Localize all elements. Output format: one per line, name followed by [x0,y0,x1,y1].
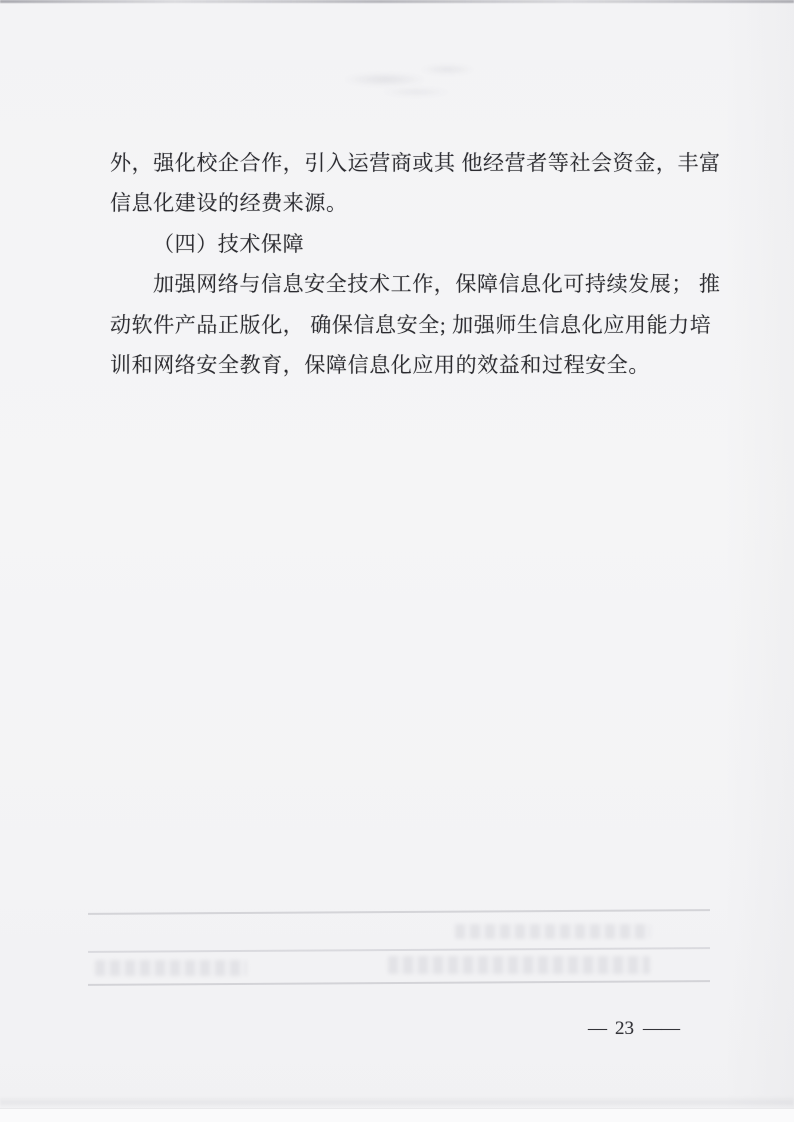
body-line: 加强网络与信息安全技术工作，保障信息化可持续发展； 推 [110,264,714,304]
page-number: — 23 —— [588,1018,679,1040]
faded-text-artifact [95,960,247,976]
scan-right-shading [724,0,794,1122]
body-line: 动软件产品正版化， 确保信息安全; 加强师生信息化应用能力培 [110,305,714,345]
faded-text-artifact [455,924,651,939]
scanned-document-page: 外，强化校企合作，引入运营商或其 他经营者等社会资金，丰富 信息化建设的经费来源… [0,0,794,1122]
section-heading: （四）技术保障 [110,224,714,264]
page-number-right-dash: —— [643,1018,679,1040]
colophon-rule-middle [88,947,710,952]
page-number-value: 23 [615,1018,634,1040]
body-line: 信息化建设的经费来源。 [110,183,714,223]
scan-bottom-shadow [0,1096,794,1106]
document-body: 外，强化校企合作，引入运营商或其 他经营者等社会资金，丰富 信息化建设的经费来源… [110,143,714,385]
scan-smudge-artifact [290,52,500,102]
page-number-left-dash: — [588,1018,606,1040]
scan-bottom-edge [0,1108,794,1122]
body-line: 训和网络安全教育，保障信息化应用的效益和过程安全。 [110,345,714,385]
scan-top-edge-artifact [0,0,794,3]
body-line: 外，强化校企合作，引入运营商或其 他经营者等社会资金，丰富 [110,143,714,183]
colophon-rule-bottom [88,980,710,985]
faded-text-artifact [388,956,650,974]
colophon-rule-top [88,909,710,914]
